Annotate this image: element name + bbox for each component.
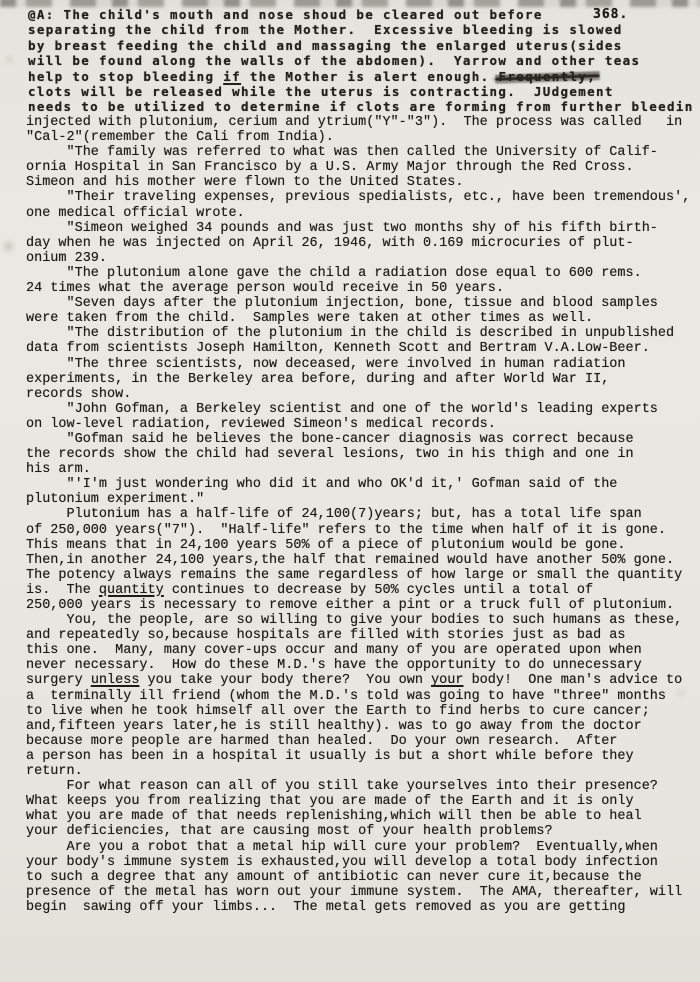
text-segment: of 250,000 years("7"). "Half-life" refer… — [26, 523, 666, 538]
text-line: Then,in another 24,100 years,the half th… — [26, 553, 700, 568]
text-line: "Cal-2"(remember the Cali from India). — [26, 130, 700, 145]
text-segment: "The distribution of the plutonium in th… — [26, 326, 674, 341]
text-segment: You, the people, are so willing to give … — [26, 613, 682, 628]
text-segment: This means that in 24,100 years 50% of a… — [26, 538, 626, 553]
text-line: on low-level radiation, reviewed Simeon'… — [26, 417, 700, 432]
text-line: "The distribution of the plutonium in th… — [26, 326, 700, 341]
scan-artifact-smudge — [6, 56, 13, 63]
text-segment: will be found along the walls of the abd… — [28, 53, 640, 68]
text-segment: one medical official wrote. — [26, 206, 245, 221]
text-line: and repeatedly so,because hospitals are … — [26, 628, 700, 643]
text-segment: separating the child from the Mother. Ex… — [28, 22, 623, 37]
text-segment: injected with plutonium, cerium and ytri… — [26, 115, 682, 130]
text-segment: "The family was referred to what was the… — [26, 145, 658, 160]
text-line: "'I'm just wondering who did it and who … — [26, 477, 700, 492]
text-segment: "Seven days after the plutonium injectio… — [26, 296, 658, 311]
text-segment: were taken from the child. Samples were … — [26, 311, 593, 326]
text-line: This means that in 24,100 years 50% of a… — [26, 538, 700, 553]
text-line: "John Gofman, a Berkeley scientist and o… — [26, 402, 700, 417]
text-segment: records show. — [26, 387, 131, 402]
text-line: records show. — [26, 387, 700, 402]
text-line: clots will be released while the uterus … — [28, 84, 700, 99]
text-line: presence of the metal has worn out your … — [26, 885, 700, 900]
text-line: 24 times what the average person would r… — [26, 281, 700, 296]
text-line: plutonium experiment." — [26, 492, 700, 507]
text-line: your body's immune system is exhausted,y… — [26, 855, 700, 870]
text-segment: the records show the child had several l… — [26, 447, 634, 462]
scribbled-out-word: Frequently, — [498, 69, 596, 84]
text-line: data from scientists Joseph Hamilton, Ke… — [26, 341, 700, 356]
text-line: by breast feeding the child and massagin… — [28, 38, 700, 53]
text-segment: clots will be released while the uterus … — [28, 84, 614, 99]
text-line: needs to be utilized to determine if clo… — [28, 99, 700, 114]
underlined-word: if — [223, 69, 241, 84]
text-line: "Their traveling expenses, previous sped… — [26, 190, 700, 205]
text-segment: help to stop bleeding — [28, 69, 223, 84]
text-line: one medical official wrote. — [26, 206, 700, 221]
typed-note-paragraph: @A: The child's mouth and nose shoud be … — [28, 7, 700, 115]
text-segment: what you are made of that needs replenis… — [26, 809, 642, 824]
text-line: and,fifteen years later,he is still heal… — [26, 719, 700, 734]
text-line: help to stop bleeding if the Mother is a… — [28, 69, 700, 84]
text-line: 250,000 years is necessary to remove eit… — [26, 598, 700, 613]
text-segment: Are you a robot that a metal hip will cu… — [26, 840, 658, 855]
text-segment: presence of the metal has worn out your … — [26, 885, 682, 900]
text-segment: never necessary. How do these M.D.'s hav… — [26, 658, 642, 673]
text-line: to live when he took himself all over th… — [26, 704, 700, 719]
text-line: "The three scientists, now deceased, wer… — [26, 357, 700, 372]
text-line: surgery unless you take your body there?… — [26, 673, 700, 688]
text-line: Simeon and his mother were flown to the … — [26, 175, 700, 190]
text-line: never necessary. How do these M.D.'s hav… — [26, 658, 700, 673]
text-line: begin sawing off your limbs... The metal… — [26, 900, 700, 915]
text-line: were taken from the child. Samples were … — [26, 311, 700, 326]
text-segment: plutonium experiment." — [26, 492, 204, 507]
text-segment: "Their traveling expenses, previous sped… — [26, 190, 690, 205]
text-line: his arm. — [26, 462, 700, 477]
text-segment: onium 239. — [26, 251, 107, 266]
text-segment: begin sawing off your limbs... The metal… — [26, 900, 626, 915]
text-line: what you are made of that needs replenis… — [26, 809, 700, 824]
scan-artifact-smudge — [4, 242, 13, 251]
text-line: is. The quantity continues to decrease b… — [26, 583, 700, 598]
text-segment: body! One man's advice to — [463, 673, 682, 688]
text-line: Plutonium has a half-life of 24,100(7)ye… — [26, 507, 700, 522]
text-segment: experiments, in the Berkeley area before… — [26, 372, 609, 387]
document-body-text: injected with plutonium, cerium and ytri… — [26, 115, 700, 915]
text-segment: "'I'm just wondering who did it and who … — [26, 477, 617, 492]
text-segment: For what reason can all of you still tak… — [26, 779, 658, 794]
text-line: onium 239. — [26, 251, 700, 266]
text-line: a terminally ill friend (whom the M.D.'s… — [26, 689, 700, 704]
text-segment: "Simeon weighed 34 pounds and was just t… — [26, 221, 658, 236]
text-segment: on low-level radiation, reviewed Simeon'… — [26, 417, 496, 432]
text-line: will be found along the walls of the abd… — [28, 53, 700, 68]
text-segment: The potency always remains the same rega… — [26, 568, 682, 583]
text-line: injected with plutonium, cerium and ytri… — [26, 115, 700, 130]
text-segment: "The plutonium alone gave the child a ra… — [26, 266, 642, 281]
text-segment: "The three scientists, now deceased, wer… — [26, 357, 626, 372]
text-segment: this one. Many, many cover-ups occur and… — [26, 643, 642, 658]
text-line: Are you a robot that a metal hip will cu… — [26, 840, 700, 855]
text-line: because more people are harmed than heal… — [26, 734, 700, 749]
text-segment: day when he was injected on April 26, 19… — [26, 236, 634, 251]
text-segment: What keeps you from realizing that you a… — [26, 794, 634, 809]
text-segment: a terminally ill friend (whom the M.D.'s… — [26, 689, 666, 704]
text-line: ornia Hospital in San Francisco by a U.S… — [26, 160, 700, 175]
text-segment: and repeatedly so,because hospitals are … — [26, 628, 626, 643]
text-segment: a person has been in a hospital it usual… — [26, 749, 634, 764]
text-segment: and,fifteen years later,he is still heal… — [26, 719, 642, 734]
scanned-page: 368. @A: The child's mouth and nose shou… — [0, 0, 700, 982]
text-segment: you take your body there? You own — [139, 673, 431, 688]
text-line: For what reason can all of you still tak… — [26, 779, 700, 794]
text-line: your deficiencies, that are causing most… — [26, 824, 700, 839]
text-segment: his arm. — [26, 462, 91, 477]
text-line: this one. Many, many cover-ups occur and… — [26, 643, 700, 658]
text-segment: because more people are harmed than heal… — [26, 734, 617, 749]
text-segment: Plutonium has a half-life of 24,100(7)ye… — [26, 507, 642, 522]
text-line: separating the child from the Mother. Ex… — [28, 22, 700, 37]
text-segment: by breast feeding the child and massagin… — [28, 38, 623, 53]
text-line: return. — [26, 764, 700, 779]
text-segment: ornia Hospital in San Francisco by a U.S… — [26, 160, 634, 175]
scan-artifact-top-smear — [0, 0, 700, 7]
text-line: @A: The child's mouth and nose shoud be … — [28, 7, 700, 22]
text-line: "Seven days after the plutonium injectio… — [26, 296, 700, 311]
text-line: "The family was referred to what was the… — [26, 145, 700, 160]
text-segment: @A: The child's mouth and nose shoud be … — [28, 7, 543, 22]
text-segment: 250,000 years is necessary to remove eit… — [26, 598, 674, 613]
text-line: "The plutonium alone gave the child a ra… — [26, 266, 700, 281]
text-line: day when he was injected on April 26, 19… — [26, 236, 700, 251]
text-segment: your body's immune system is exhausted,y… — [26, 855, 658, 870]
text-segment: your deficiencies, that are causing most… — [26, 824, 553, 839]
text-segment: Then,in another 24,100 years,the half th… — [26, 553, 674, 568]
text-line: What keeps you from realizing that you a… — [26, 794, 700, 809]
underlined-word: unless — [91, 673, 140, 688]
text-segment: Simeon and his mother were flown to the … — [26, 175, 463, 190]
text-segment: continues to decrease by 50% cycles unti… — [164, 583, 593, 598]
text-line: of 250,000 years("7"). "Half-life" refer… — [26, 523, 700, 538]
text-segment: needs to be utilized to determine if clo… — [28, 99, 694, 114]
text-segment: return. — [26, 764, 83, 779]
underlined-word: quantity — [99, 583, 164, 598]
text-line: "Gofman said he believes the bone-cancer… — [26, 432, 700, 447]
text-segment: "Gofman said he believes the bone-cancer… — [26, 432, 634, 447]
underlined-word: your — [431, 673, 463, 688]
text-segment: surgery — [26, 673, 91, 688]
text-line: to such a degree that any amount of anti… — [26, 870, 700, 885]
text-segment: to such a degree that any amount of anti… — [26, 870, 642, 885]
text-segment: 24 times what the average person would r… — [26, 281, 504, 296]
text-segment: "John Gofman, a Berkeley scientist and o… — [26, 402, 658, 417]
text-line: experiments, in the Berkeley area before… — [26, 372, 700, 387]
text-line: "Simeon weighed 34 pounds and was just t… — [26, 221, 700, 236]
text-line: The potency always remains the same rega… — [26, 568, 700, 583]
text-segment: is. The — [26, 583, 99, 598]
text-segment: to live when he took himself all over th… — [26, 704, 650, 719]
text-segment: the Mother is alert enough. — [241, 69, 498, 84]
text-segment: data from scientists Joseph Hamilton, Ke… — [26, 341, 650, 356]
text-line: the records show the child had several l… — [26, 447, 700, 462]
text-segment: "Cal-2"(remember the Cali from India). — [26, 130, 334, 145]
text-line: a person has been in a hospital it usual… — [26, 749, 700, 764]
text-line: You, the people, are so willing to give … — [26, 613, 700, 628]
